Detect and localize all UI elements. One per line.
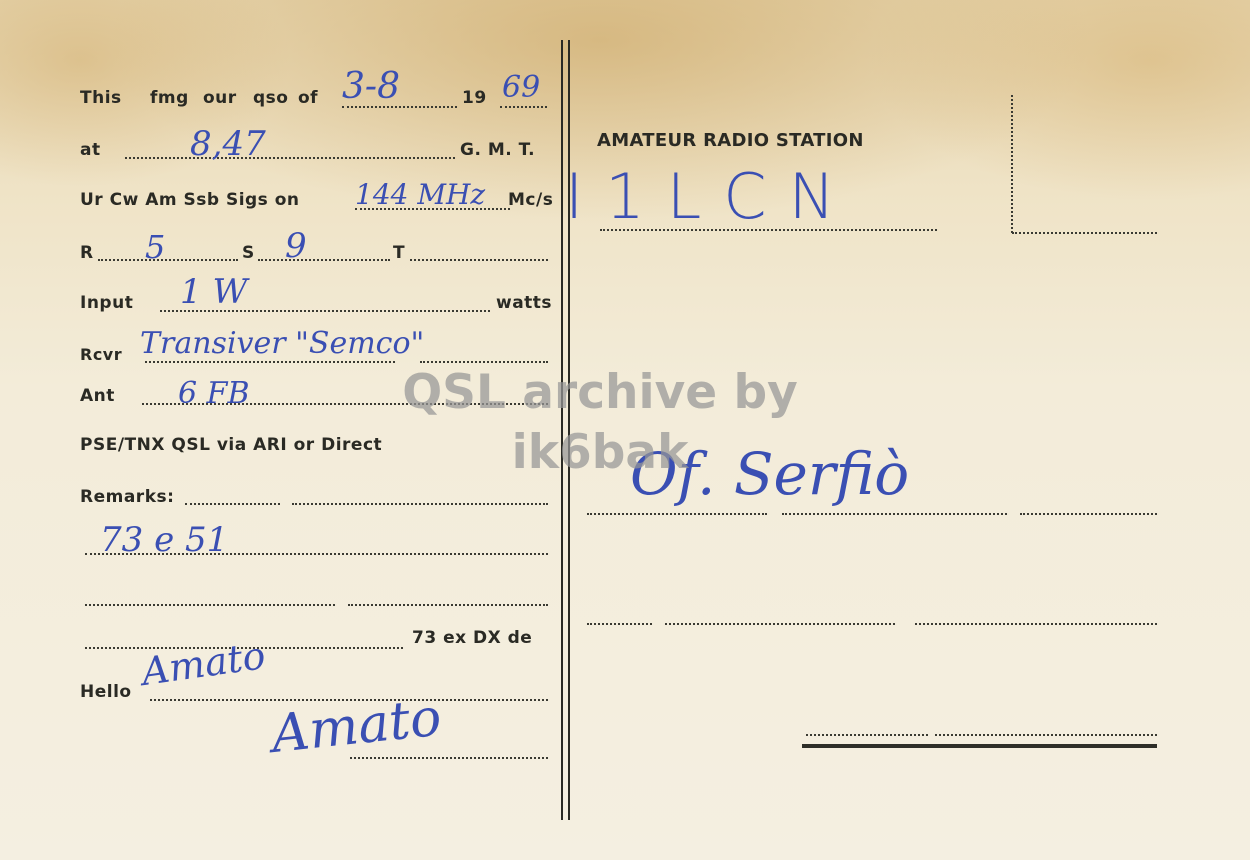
remarks-field-line-2 <box>292 503 548 505</box>
address-line-2c <box>915 623 1157 625</box>
year-field-line <box>500 106 547 108</box>
address-line-1a <box>587 513 767 515</box>
station-heading: AMATEUR RADIO STATION <box>597 130 864 151</box>
stamp-box-bottom <box>1012 232 1157 234</box>
remarks-field-line-1 <box>185 503 280 505</box>
signature-field-line <box>350 757 548 759</box>
remarks-field-line-3 <box>85 553 548 555</box>
label-watts: watts <box>496 293 552 313</box>
label-input: Input <box>80 293 133 313</box>
label-fmg: fmg <box>150 88 189 108</box>
watermark-line-2: ik6bak <box>380 425 820 480</box>
s-field-line <box>258 259 390 261</box>
callsign-value: I1LCN <box>565 160 857 233</box>
label-of: of <box>298 88 318 108</box>
label-ant: Ant <box>80 386 115 406</box>
year-prefix: 19 <box>462 88 487 108</box>
remarks-field-line-4 <box>85 604 335 606</box>
label-this: This <box>80 88 122 108</box>
receiver-value: Transiver "Semco" <box>140 326 424 361</box>
qsl-card: This fmg our qso of 3-8 19 69 at 8,47 G.… <box>0 0 1250 860</box>
label-r: R <box>80 243 94 263</box>
label-t: T <box>393 243 405 263</box>
t-field-line <box>410 259 548 261</box>
qso-date-value: 3-8 <box>342 66 400 107</box>
strength-value: 9 <box>285 226 307 266</box>
rcvr-field-line-1 <box>145 361 395 363</box>
address-line-1b <box>782 513 1007 515</box>
qso-time-value: 8,47 <box>190 124 266 164</box>
address-underline <box>802 744 1157 748</box>
watermark-line-1: QSL archive by <box>380 365 820 420</box>
remarks-field-line-5 <box>348 604 548 606</box>
frequency-value: 144 MHz <box>355 178 485 211</box>
stamp-box-edge <box>1011 95 1013 233</box>
rcvr-field-line-2 <box>420 361 548 363</box>
year-value: 69 <box>502 70 540 105</box>
label-mcs: Mc/s <box>508 190 553 210</box>
label-gmt: G. M. T. <box>460 140 535 160</box>
hello-value: Amato <box>139 633 268 694</box>
label-our: our <box>203 88 237 108</box>
address-line-3b <box>935 734 1157 736</box>
readability-value: 5 <box>145 228 165 266</box>
address-line-2b <box>665 623 895 625</box>
address-line-2a <box>587 623 652 625</box>
r-field-line <box>98 259 238 261</box>
label-remarks: Remarks: <box>80 487 174 507</box>
address-line-3a <box>806 734 928 736</box>
label-s: S <box>242 243 255 263</box>
label-rcvr: Rcvr <box>80 345 122 364</box>
address-line-1c <box>1020 513 1157 515</box>
time-field-line <box>125 157 455 159</box>
label-hello: Hello <box>80 682 132 702</box>
label-qso: qso <box>253 88 288 108</box>
antenna-value: 6 FB <box>178 376 249 411</box>
label-at: at <box>80 140 101 160</box>
input-power-value: 1 W <box>180 272 247 312</box>
label-sigs-on: Ur Cw Am Ssb Sigs on <box>80 190 300 210</box>
qsl-via-text: PSE/TNX QSL via ARI or Direct <box>80 435 382 455</box>
closing-text: 73 ex DX de <box>412 628 532 648</box>
